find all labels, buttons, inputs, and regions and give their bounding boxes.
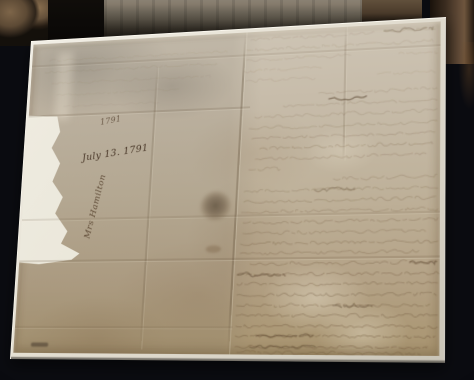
paper-light-band [54,52,73,121]
mount-mat: 1791 July 13. 1791 Mrs Hamilton [10,17,446,363]
wax-seal-stain [196,187,236,225]
torn-corner-repair-patch [13,21,440,356]
right-page-crease [342,27,347,161]
horizontal-crease-lower [19,255,440,262]
left-panel-crease [139,67,158,350]
case-reflection-glow [450,42,474,132]
date-inscription: July 13. 1791 [82,142,149,163]
small-ink-blot [206,245,221,253]
horizontal-crease-bottom [15,326,233,329]
year-inscription: 1791 [100,114,122,127]
museum-letter-photo: 1791 July 13. 1791 Mrs Hamilton [0,0,474,380]
horizontal-crease-top [32,44,441,67]
address-inscription: Mrs Hamilton [82,171,109,243]
manuscript-letter: 1791 July 13. 1791 Mrs Hamilton [13,21,440,356]
accession-number-mark [31,342,49,346]
